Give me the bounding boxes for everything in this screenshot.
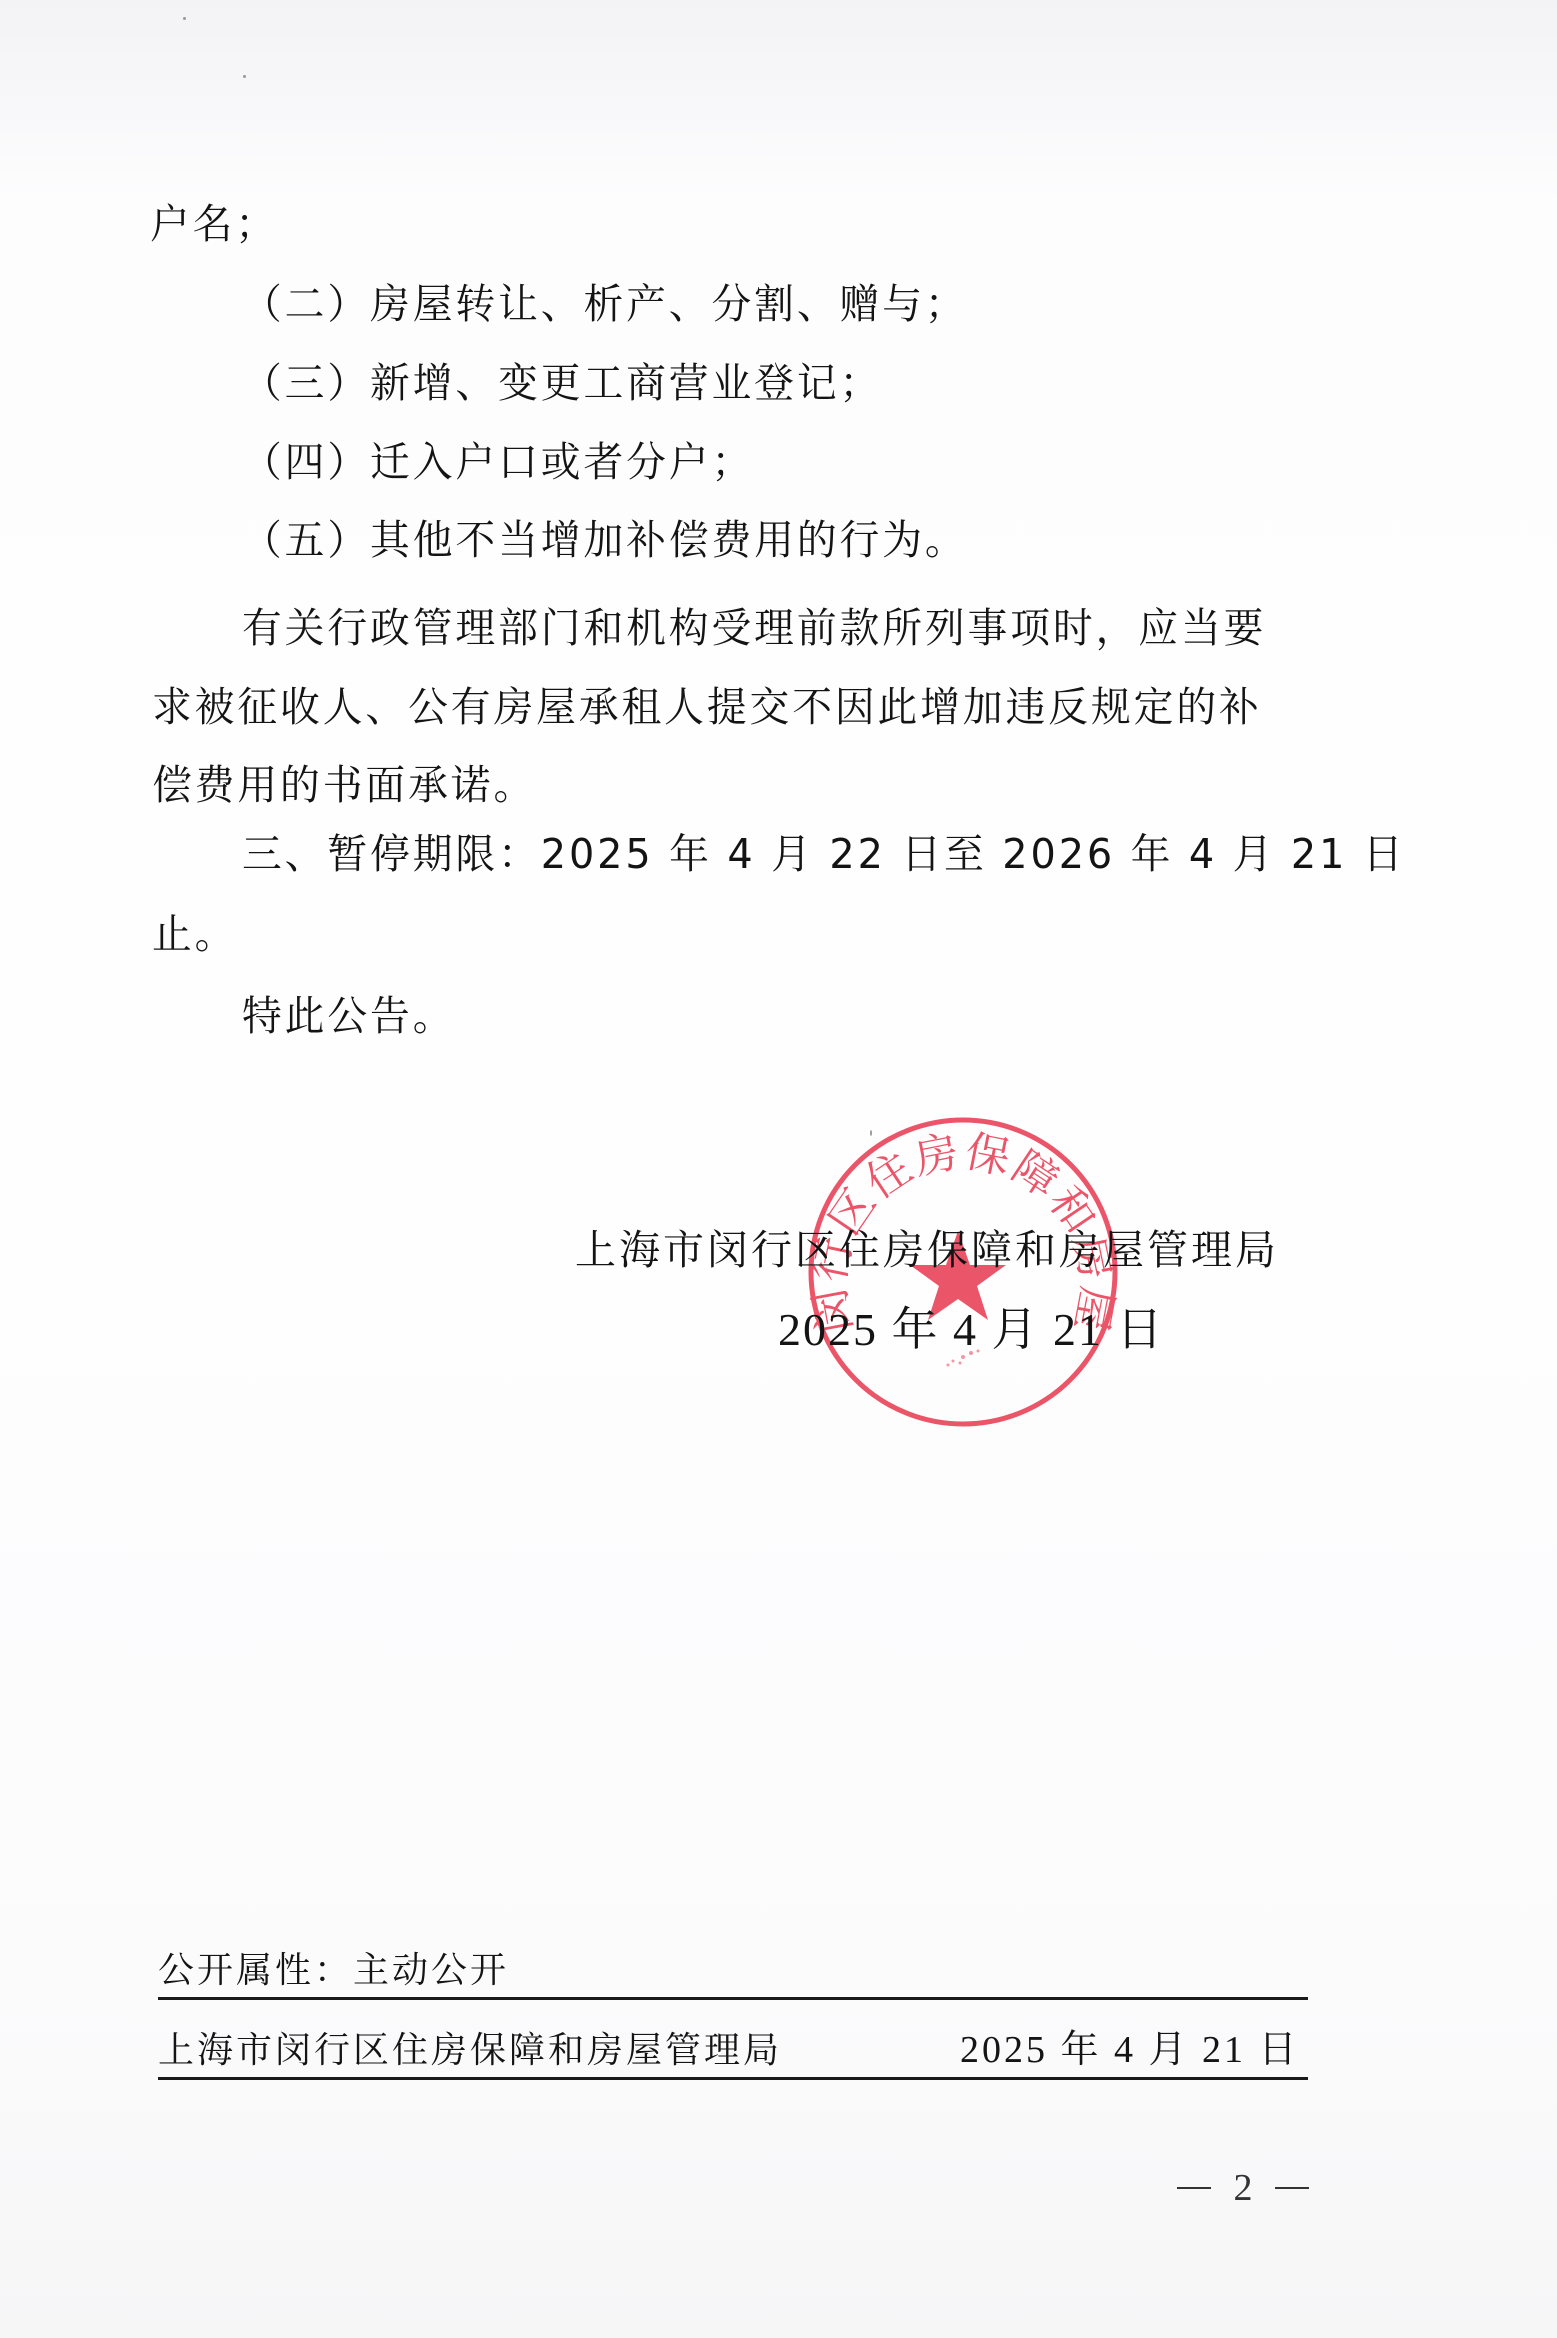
body-line: 求被征收人、公有房屋承租人提交不因此增加违反规定的补 xyxy=(152,679,1262,735)
body-line: 止。 xyxy=(152,906,237,962)
body-line: （三）新增、变更工商营业登记； xyxy=(242,355,882,411)
scan-speck xyxy=(183,17,186,20)
body-line: 偿费用的书面承诺。 xyxy=(152,757,536,813)
body-line: 三、暂停期限：2025 年 4 月 22 日至 2026 年 4 月 21 日 xyxy=(242,826,1406,882)
body-line: 有关行政管理部门和机构受理前款所列事项时，应当要 xyxy=(242,600,1266,656)
body-line: 户名； xyxy=(150,196,278,252)
body-line: （二）房屋转让、析产、分割、赠与； xyxy=(242,276,968,332)
issue-date: 2025 年 4 月 21 日 xyxy=(960,2018,1300,2073)
body-line: （五）其他不当增加补偿费用的行为。 xyxy=(242,512,968,568)
issuer-name: 上海市闵行区住房保障和房屋管理局 xyxy=(158,2022,782,2073)
scan-speck xyxy=(243,75,246,78)
signature-organization: 上海市闵行区住房保障和房屋管理局 xyxy=(575,1222,1279,1278)
issuer-row: 上海市闵行区住房保障和房屋管理局 2025 年 4 月 21 日 xyxy=(158,1997,1308,2080)
page-number-value: 2 xyxy=(1234,2166,1253,2210)
body-line: 特此公告。 xyxy=(242,988,455,1044)
dash-right xyxy=(1275,2187,1309,2189)
disclosure-label: 公开属性：主动公开 xyxy=(158,1942,509,1993)
body-line: （四）迁入户口或者分户； xyxy=(242,434,754,490)
dash-left xyxy=(1177,2187,1211,2189)
signature-date: 2025 年 4 月 21 日 xyxy=(778,1302,1165,1358)
disclosure-row: 公开属性：主动公开 xyxy=(158,1917,1308,2000)
page-number: 2 xyxy=(1177,2168,1309,2208)
